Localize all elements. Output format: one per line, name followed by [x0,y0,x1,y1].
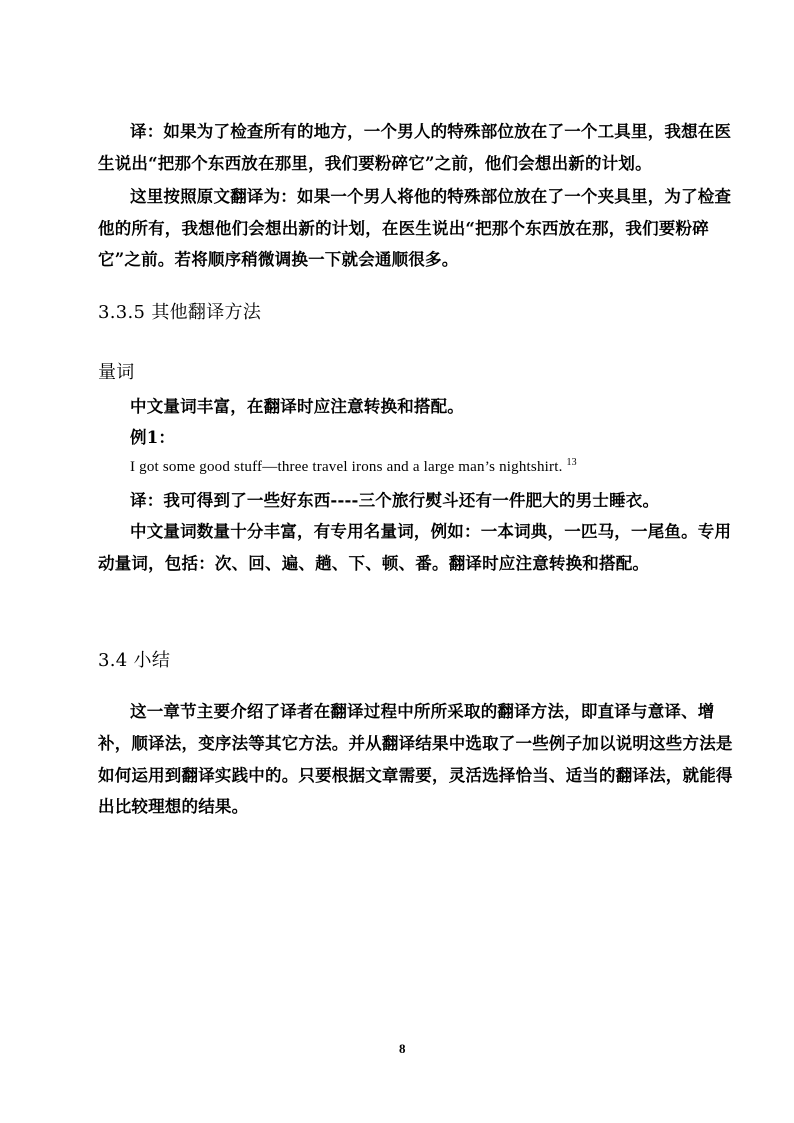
paragraph-line: 补，顺译法，变序法等其它方法。并从翻译结果中选取了一些例子加以说明这些方法是 [98,730,733,754]
paragraph-line: 它”之前。若将顺序稍微调换一下就会通顺很多。 [98,246,458,270]
example-label: 例1： [130,424,175,448]
paragraph-line: 动量词，包括：次、回、遍、趟、下、顿、番。翻译时应注意转换和搭配。 [98,550,649,574]
paragraph-line: 如何运用到翻译实践中的。只要根据文章需要，灵活选择恰当、适当的翻译法，就能得 [98,762,733,786]
section-heading: 3.3.5 其他翻译方法 [98,298,261,324]
paragraph-line: 译：如果为了检查所有的地方，一个男人的特殊部位放在了一个工具里，我想在医 [130,118,731,142]
paragraph-line: 出比较理想的结果。 [98,793,248,817]
translation-line: 译：我可得到了一些好东西----三个旅行熨斗还有一件肥大的男士睡衣。 [130,487,659,511]
paragraph-line: 这一章节主要介绍了译者在翻译过程中所所采取的翻译方法，即直译与意译、增 [130,698,715,722]
footnote-ref: 13 [566,457,576,468]
paragraph-line: 这里按照原文翻译为：如果一个男人将他的特殊部位放在了一个夹具里，为了检查 [130,183,731,207]
page-number: 8 [399,1041,406,1057]
example-english: I got some good stuff—three travel irons… [130,457,577,476]
paragraph-line: 中文量词丰富，在翻译时应注意转换和搭配。 [130,393,464,417]
paragraph-line: 他的所有，我想他们会想出新的计划，在医生说出“把那个东西放在那，我们要粉碎 [98,215,709,239]
section-heading: 3.4 小结 [98,646,170,672]
paragraph-line: 中文量词数量十分丰富，有专用名量词，例如：一本词典，一匹马，一尾鱼。专用 [130,518,731,542]
subsection-heading: 量词 [98,358,135,384]
paragraph-line: 生说出“把那个东西放在那里，我们要粉碎它”之前，他们会想出新的计划。 [98,150,652,174]
example-text: I got some good stuff—three travel irons… [130,459,563,475]
